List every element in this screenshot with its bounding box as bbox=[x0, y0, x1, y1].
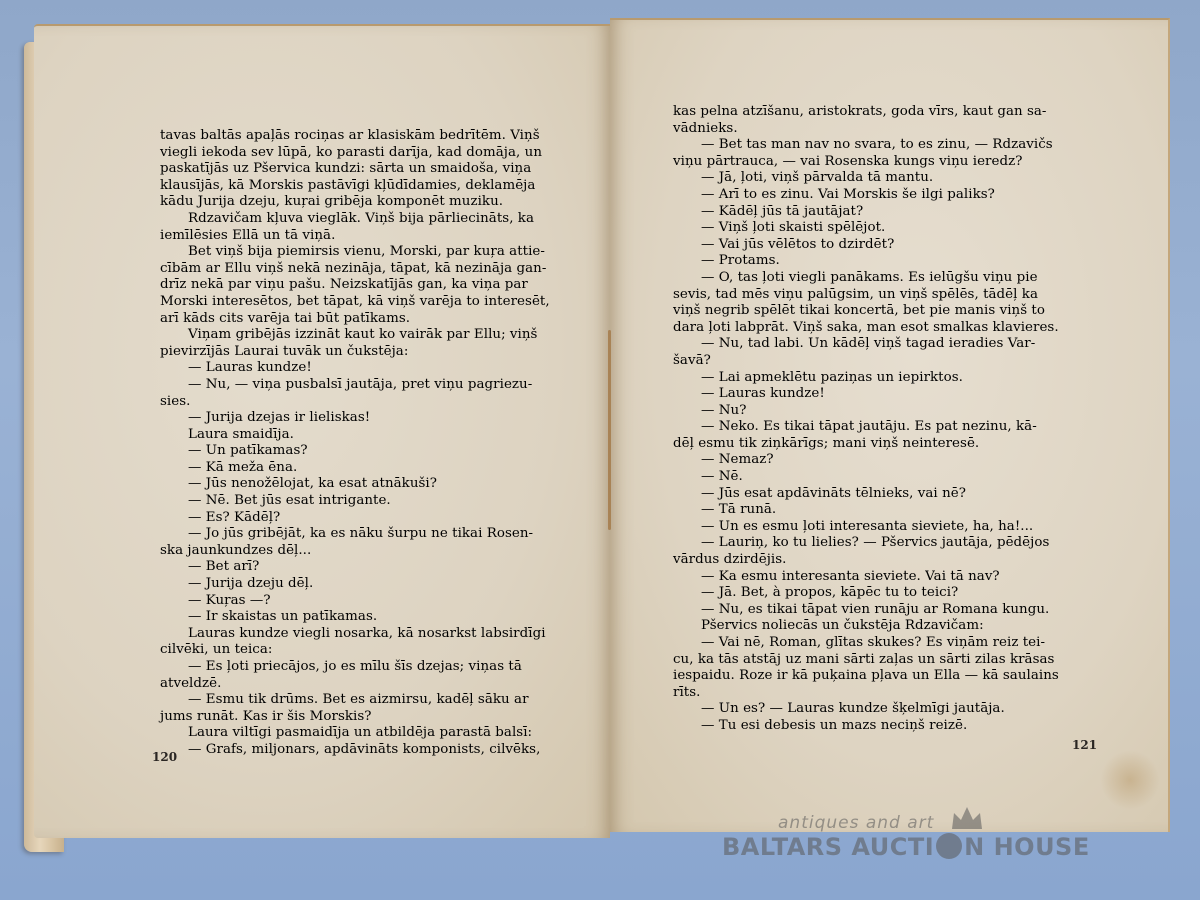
paper-stain bbox=[1100, 750, 1160, 810]
text-line: — Nu, tad labi. Un kādēļ viņš tagad iera… bbox=[673, 336, 1091, 353]
text-line: — Jurija dzejas ir lieliskas! bbox=[160, 410, 570, 427]
text-line: — Bet tas man nav no svara, to es zinu, … bbox=[673, 137, 1091, 154]
text-line: — Nemaz? bbox=[673, 452, 1091, 469]
text-line: — Lauras kundze! bbox=[673, 386, 1091, 403]
text-line: — Nu, — viņa pusbalsī jautāja, pret viņu… bbox=[160, 377, 570, 394]
text-line: pievirzījās Laurai tuvāk un čukstēja: bbox=[160, 344, 570, 361]
text-line: tavas baltās apaļās rociņas ar klasiskām… bbox=[160, 128, 570, 145]
text-line: viņu pārtrauca, — vai Rosenska kungs viņ… bbox=[673, 154, 1091, 171]
text-line: — Jā. Bet, à propos, kāpēc tu to teici? bbox=[673, 585, 1091, 602]
watermark-brand: BALTARS AUCTIN HOUSE bbox=[722, 833, 1090, 861]
text-line: rīts. bbox=[673, 685, 1091, 702]
watermark: antiques and art BALTARS AUCTIN HOUSE bbox=[722, 805, 1122, 865]
text-line: — Bet arī? bbox=[160, 559, 570, 576]
text-line: dēļ esmu tik ziņkārīgs; mani viņš neinte… bbox=[673, 436, 1091, 453]
text-line: Viņam gribējās izzināt kaut ko vairāk pa… bbox=[160, 327, 570, 344]
text-line: — Vai jūs vēlētos to dzirdēt? bbox=[673, 237, 1091, 254]
text-line: — Lauriņ, ko tu lielies? — Pšervics jaut… bbox=[673, 535, 1091, 552]
text-line: ska jaunkundzes dēļ... bbox=[160, 543, 570, 560]
text-line: — Grafs, miljonars, apdāvināts komponist… bbox=[160, 742, 570, 759]
text-line: — O, tas ļoti viegli panākams. Es ielūgš… bbox=[673, 270, 1091, 287]
page-number-right: 121 bbox=[1072, 738, 1097, 752]
text-line: — Ir skaistas un patīkamas. bbox=[160, 609, 570, 626]
text-line: — Un es? — Lauras kundze šķelmīgi jautāj… bbox=[673, 701, 1091, 718]
text-line: Morski interesētos, bet tāpat, kā viņš v… bbox=[160, 294, 570, 311]
text-line: cilvēki, un teica: bbox=[160, 642, 570, 659]
text-line: vārdus dzirdējis. bbox=[673, 552, 1091, 569]
text-line: — Jo jūs gribējāt, ka es nāku šurpu ne t… bbox=[160, 526, 570, 543]
text-line: — Nu? bbox=[673, 403, 1091, 420]
text-line: cībām ar Ellu viņš nekā nezināja, tāpat,… bbox=[160, 261, 570, 278]
text-line: — Es ļoti priecājos, jo es mīlu šīs dzej… bbox=[160, 659, 570, 676]
text-line: Laura viltīgi pasmaidīja un atbildēja pa… bbox=[160, 725, 570, 742]
text-line: Bet viņš bija piemirsis vienu, Morski, p… bbox=[160, 244, 570, 261]
text-line: iespaidu. Roze ir kā puķaina pļava un El… bbox=[673, 668, 1091, 685]
text-line: — Kā meža ēna. bbox=[160, 460, 570, 477]
text-line: — Jūs esat apdāvināts tēlnieks, vai nē? bbox=[673, 486, 1091, 503]
text-line: — Jūs nenožēlojat, ka esat atnākuši? bbox=[160, 476, 570, 493]
text-line: — Neko. Es tikai tāpat jautāju. Es pat n… bbox=[673, 419, 1091, 436]
gutter-crease bbox=[608, 330, 611, 530]
text-line: atveldzē. bbox=[160, 676, 570, 693]
text-line: — Kuŗas —? bbox=[160, 593, 570, 610]
text-line: šavā? bbox=[673, 353, 1091, 370]
text-line: — Nē. Bet jūs esat intrigante. bbox=[160, 493, 570, 510]
text-line: klausījās, kā Morskis pastāvīgi kļūdīdam… bbox=[160, 178, 570, 195]
text-line: Lauras kundze viegli nosarka, kā nosarks… bbox=[160, 626, 570, 643]
text-line: — Un patīkamas? bbox=[160, 443, 570, 460]
text-line: iemīlēsies Ellā un tā viņā. bbox=[160, 228, 570, 245]
text-line: paskatījās uz Pšervica kundzi: sārta un … bbox=[160, 161, 570, 178]
text-line: sies. bbox=[160, 394, 570, 411]
text-line: — Vai nē, Roman, glītas skukes? Es viņām… bbox=[673, 635, 1091, 652]
text-line: dara ļoti labprāt. Viņš saka, man esot s… bbox=[673, 320, 1091, 337]
left-page-text: tavas baltās apaļās rociņas ar klasiskām… bbox=[160, 128, 570, 759]
text-line: — Tu esi debesis un mazs neciņš reizē. bbox=[673, 718, 1091, 735]
text-line: — Ka esmu interesanta sieviete. Vai tā n… bbox=[673, 569, 1091, 586]
text-line: drīz nekā par viņu pašu. Neizskatījās ga… bbox=[160, 277, 570, 294]
crown-icon bbox=[950, 805, 984, 831]
text-line: — Lauras kundze! bbox=[160, 360, 570, 377]
text-line: — Protams. bbox=[673, 253, 1091, 270]
text-line: cu, ka tās atstāj uz mani sārti zaļas un… bbox=[673, 652, 1091, 669]
text-line: Pšervics noliecās un čukstēja Rdzavičam: bbox=[673, 618, 1091, 635]
text-line: sevis, tad mēs viņu palūgsim, un viņš sp… bbox=[673, 287, 1091, 304]
text-line: vādnieks. bbox=[673, 121, 1091, 138]
text-line: — Arī to es zinu. Vai Morskis še ilgi pa… bbox=[673, 187, 1091, 204]
text-line: Rdzavičam kļuva vieglāk. Viņš bija pārli… bbox=[160, 211, 570, 228]
text-line: kas pelna atzīšanu, aristokrats, goda vī… bbox=[673, 104, 1091, 121]
text-line: — Nē. bbox=[673, 469, 1091, 486]
text-line: — Viņš ļoti skaisti spēlējot. bbox=[673, 220, 1091, 237]
page-number-left: 120 bbox=[152, 750, 177, 764]
text-line: — Kādēļ jūs tā jautājat? bbox=[673, 204, 1091, 221]
text-line: kādu Jurija dzeju, kuŗai gribēja komponē… bbox=[160, 194, 570, 211]
text-line: — Lai apmeklētu paziņas un iepirktos. bbox=[673, 370, 1091, 387]
text-line: — Es? Kādēļ? bbox=[160, 510, 570, 527]
text-line: — Un es esmu ļoti interesanta sieviete, … bbox=[673, 519, 1091, 536]
watermark-circle-icon bbox=[936, 833, 962, 859]
text-line: — Nu, es tikai tāpat vien runāju ar Roma… bbox=[673, 602, 1091, 619]
text-line: viegli iekoda sev lūpā, ko parasti darīj… bbox=[160, 145, 570, 162]
text-line: viņš negrib spēlēt tikai koncertā, bet p… bbox=[673, 303, 1091, 320]
watermark-tagline: antiques and art bbox=[778, 813, 934, 833]
text-line: — Jā, ļoti, viņš pārvalda tā mantu. bbox=[673, 170, 1091, 187]
text-line: arī kāds cits varēja tai būt patīkams. bbox=[160, 311, 570, 328]
text-line: — Tā runā. bbox=[673, 502, 1091, 519]
text-line: Laura smaidīja. bbox=[160, 427, 570, 444]
right-page-text: kas pelna atzīšanu, aristokrats, goda vī… bbox=[673, 104, 1091, 735]
text-line: — Esmu tik drūms. Bet es aizmirsu, kadēļ… bbox=[160, 692, 570, 709]
text-line: — Jurija dzeju dēļ. bbox=[160, 576, 570, 593]
text-line: jums runāt. Kas ir šis Morskis? bbox=[160, 709, 570, 726]
